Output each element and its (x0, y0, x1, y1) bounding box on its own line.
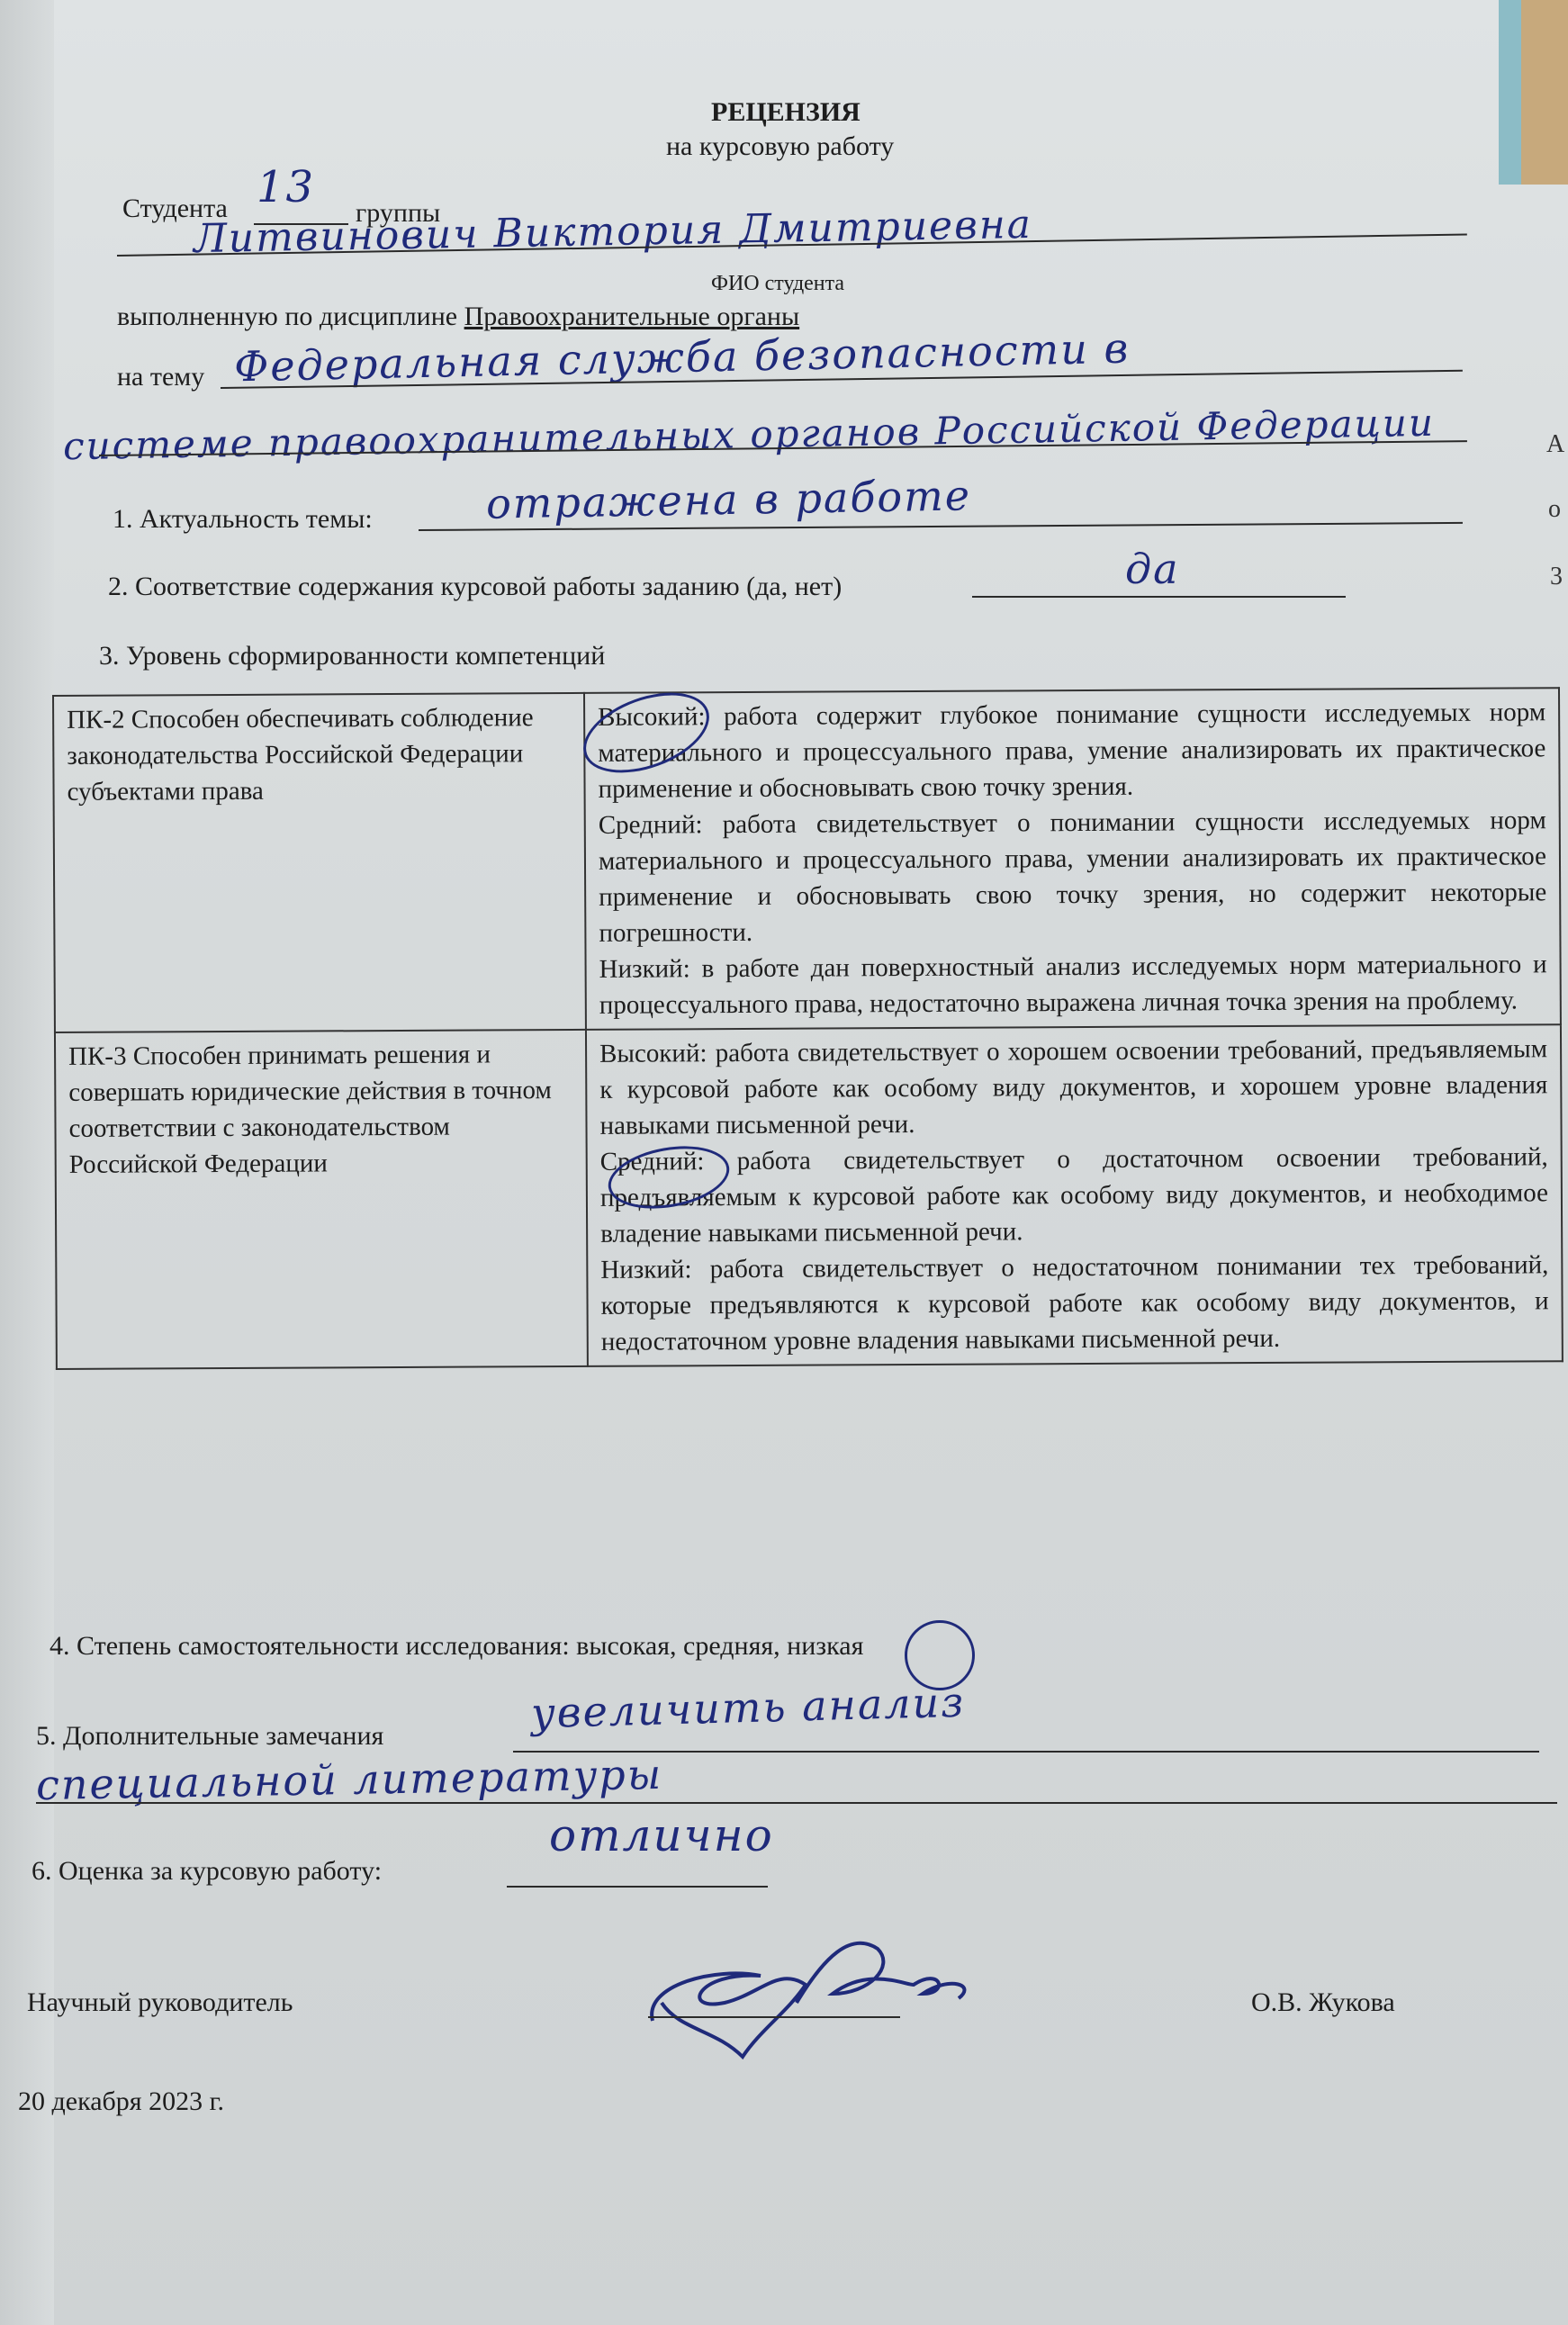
competence-levels-cell: Высокий: работа свидетельствует о хороше… (586, 1024, 1563, 1366)
signature-underline (648, 2016, 900, 2018)
level-low: Низкий: работа свидетельствует о недоста… (600, 1247, 1549, 1360)
discipline-label: выполненную по дисциплине Правоохранител… (117, 302, 799, 332)
table-row: ПК-2 Способен обеспечивать соблюдение за… (53, 688, 1561, 1032)
group-number-handwritten: 13 (257, 162, 315, 212)
remarks-line2-handwritten: специальной литературы (36, 1750, 663, 1809)
competencies-table: ПК-2 Способен обеспечивать соблюдение за… (52, 687, 1563, 1370)
topic-label: на тему (117, 362, 204, 392)
review-date: 20 декабря 2023 г. (18, 2086, 224, 2117)
competence-levels-cell: Высокий: работа содержит глубокое понима… (584, 688, 1561, 1030)
supervisor-signature (644, 1931, 1040, 2066)
supervisor-label: Научный руководитель (27, 1987, 293, 2018)
compliance-handwritten: да (1125, 545, 1180, 593)
independence-label: 4. Степень самостоятельности исследовани… (50, 1631, 863, 1662)
remarks-underline-2 (36, 1802, 1557, 1804)
table-row: ПК-3 Способен принимать решения и соверш… (55, 1024, 1563, 1369)
compliance-label: 2. Соответствие содержания курсовой рабо… (108, 572, 842, 602)
remarks-underline-1 (513, 1751, 1539, 1753)
background-wood-surface (1521, 0, 1568, 185)
grade-underline (507, 1886, 768, 1888)
relevance-label: 1. Актуальность темы: (113, 504, 373, 535)
remarks-label: 5. Дополнительные замечания (36, 1721, 383, 1752)
document-subtitle: на курсовую работу (666, 131, 894, 162)
grade-handwritten: отлично (549, 1809, 774, 1861)
background-page-fragment: 3 (1550, 563, 1563, 591)
document-title: РЕЦЕНЗИЯ (711, 97, 861, 128)
background-page-fragment: о (1548, 495, 1561, 524)
review-document: РЕЦЕНЗИЯ на курсовую работу Студента 13 … (0, 0, 1568, 2325)
topic-line2-handwritten: системе правоохранительных органов Росси… (63, 401, 1436, 469)
student-name-caption: ФИО студента (711, 272, 844, 296)
competence-code-cell: ПК-2 Способен обеспечивать соблюдение за… (53, 693, 586, 1032)
level-medium: Средний: работа свидетельствует о достат… (600, 1139, 1549, 1252)
discipline-prefix: выполненную по дисциплине (117, 302, 457, 331)
supervisor-name: О.В. Жукова (1251, 1987, 1395, 2018)
background-teal-strip (1499, 0, 1521, 185)
relevance-handwritten: отражена в работе (486, 471, 972, 527)
background-page-fragment: А (1546, 430, 1564, 459)
competence-label: 3. Уровень сформированности компетенций (99, 641, 605, 671)
level-high: Высокий: работа содержит глубокое понима… (598, 694, 1546, 807)
level-high: Высокий: работа свидетельствует о хороше… (599, 1031, 1548, 1144)
competence-code-cell: ПК-3 Способен принимать решения и соверш… (55, 1030, 588, 1369)
page-edge-shadow (0, 0, 54, 2325)
level-low: Низкий: в работе дан поверхностный анали… (599, 946, 1546, 1023)
remarks-line1-handwritten: увеличить анализ (530, 1678, 966, 1738)
compliance-underline (972, 596, 1346, 598)
level-medium: Средний: работа свидетельствует о понима… (599, 802, 1547, 951)
discipline-value: Правоохранительные органы (464, 302, 800, 331)
grade-label: 6. Оценка за курсовую работу: (32, 1856, 382, 1887)
